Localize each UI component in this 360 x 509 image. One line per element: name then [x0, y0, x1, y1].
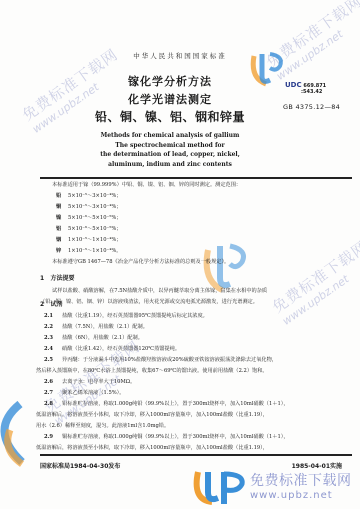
national-standard-label: 中华人民共和国国家标准 [0, 51, 360, 60]
issue-date: 国家标准局1984-04-30发布 [40, 461, 120, 470]
title-cn-line-1: 镓化学分析方法 [50, 73, 290, 89]
section-heading-2: 2 试剂 [40, 299, 62, 310]
reagent-item-continuation: 然后移入蒸馏瓶中，在80℃水浴上蒸馏提纯，收集67～69℃的馏出液。使用前用盐酸… [36, 366, 268, 377]
effective-date: 1985-04-01实施 [292, 461, 342, 470]
reagent-item: 2.5异丙醚：于分液漏斗中先用10%盐酸羟胺溶液或20%硫酸亚铁铵溶液振荡洗涤除… [44, 355, 277, 366]
compliance-text: 本标准遵守GB 1467—78《冶金产品化学分析方法标准的总则及一般规定》。 [52, 257, 229, 268]
reagent-item-continuation: 低温溶解后，将溶液蒸至小体积，取下冷却，移入1000ml容量瓶中，加入100ml… [36, 443, 268, 454]
udc-code: UDC 669.871 :543.42 [285, 82, 326, 95]
section-1-paragraph: （铅、铜、镍、铝、铟、锌）以溶液残渣法，用火花光源或交流电弧光源激发，进行光谱测… [40, 297, 258, 308]
reagent-item: 2.4硝酸（比重1.42），经石英蒸馏器120℃蒸馏提纯。 [44, 344, 180, 355]
reagent-item-continuation: 低温溶解后，将溶液蒸至小体积，取下冷却，移入1000ml容量瓶中，加入100ml… [36, 410, 268, 421]
range-row: 铅5×10⁻⁵～3×10⁻⁴%； [56, 191, 121, 202]
range-row: 铝5×10⁻⁶～5×10⁻⁵%； [56, 224, 121, 235]
udc-label: UDC [285, 81, 302, 89]
range-row: 镍5×10⁻⁶～5×10⁻⁵%； [56, 213, 121, 224]
gb-number: GB 4375.12—84 [283, 103, 340, 111]
header-divider [40, 177, 352, 179]
section-heading-1: 1 方法提要 [40, 273, 74, 284]
title-cn-line-2: 化学光谱法测定 [50, 91, 290, 107]
reagent-item: 2.3盐酸（6N），用盐酸（2.1）配制。 [44, 333, 143, 344]
footer-divider [40, 454, 352, 456]
reagent-item: 2.9铜标准贮存溶液，称取1.000g纯铜（99.9%以上），置于300ml烧杯… [44, 432, 289, 443]
title-cn-line-3: 铅、铜、镍、铝、铟和锌量 [50, 108, 290, 125]
site-name-cn: 免费标准下载网 [250, 470, 352, 490]
reagent-item: 2.7聚苯乙烯苯溶液（1.5%）。 [44, 388, 124, 399]
section-1-paragraph: 试样以盐酸、硝酸溶解，在7.5N盐酸介质中，以异丙醚萃取分离主体镓，富集在水相中… [52, 286, 267, 297]
range-row: 铟1×10⁻⁵～1×10⁻⁴%； [56, 235, 121, 246]
title-en: Methods for chemical analysis of gallium… [40, 131, 300, 169]
reagent-item: 2.1盐酸（比重1.19），经石英蒸馏器95℃蒸馏提纯后标定其浓度。 [44, 311, 208, 322]
site-brand: 免费标准下载网 www.upbz.net [250, 470, 352, 501]
up-logo-icon [192, 470, 248, 506]
title-en-line-1: Methods for chemical analysis of gallium [40, 131, 300, 141]
site-url: www.upbz.net [250, 490, 352, 501]
reagent-item: 2.2盐酸（7.5N），用盐酸（2.1）配制。 [44, 322, 148, 333]
reagent-item-continuation: 用水（2.6）稀释至刻度，混匀。此溶液1ml含1.0mg铅。 [36, 421, 169, 432]
reagent-item: 2.8铅标准贮存溶液，称取1.000g纯铅（99.9%以上），置于300ml烧杯… [44, 399, 289, 410]
udc-line-2: :543.42 [285, 89, 322, 95]
scope-text: 本标准适用于镓（99.999%）中铅、铜、镍、铝、铟、锌的同时测定。测定范围： [52, 180, 241, 191]
range-row: 铜5×10⁻⁵～3×10⁻⁴%； [56, 202, 121, 213]
watermark-middle-right: 免费标准下载网 www.upbz.net [268, 236, 360, 328]
title-en-line-2: The spectrochemical method for [40, 141, 300, 151]
range-row: 锌1×10⁻⁵～1×10⁻⁴%。 [56, 246, 121, 257]
reagent-item: 2.6去离子水：电导率大于10MΩ。 [44, 377, 135, 388]
title-en-line-4: aluminum, indium and zinc contents [40, 160, 300, 170]
document-page: 免费标准下载网 www.upbz.net 免费标准下载网 www.upbz.ne… [0, 0, 360, 509]
title-en-line-3: the determination of lead, copper, nicke… [40, 150, 300, 160]
